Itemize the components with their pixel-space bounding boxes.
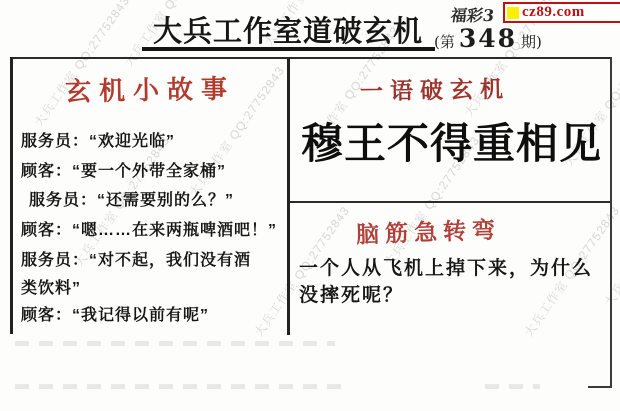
issue-close-paren: 期) (521, 33, 542, 51)
scan-smudge (15, 341, 335, 346)
title-underline (142, 47, 435, 51)
frame-right-border (610, 57, 612, 388)
issue-number: 348 (455, 24, 521, 53)
panel-vertical-divider (287, 58, 290, 335)
riddle-question-line: 没摔死呢？ (299, 280, 404, 307)
right-panel-horizontal-divider (290, 201, 610, 203)
story-line: 服务员：“欢迎光临” (21, 128, 175, 151)
watermark-text: 大兵工作室 QQ:27752843 (30, 0, 133, 130)
story-section-header: 玄机小故事 (65, 69, 236, 109)
frame-left-border (10, 57, 13, 334)
scan-smudge (485, 384, 540, 389)
issue-number-line: (第348期) (434, 24, 542, 53)
riddle-section-header: 脑筋急转弯 (355, 211, 501, 249)
page-title: 大兵工作室道破玄机 (140, 9, 436, 50)
mystery-phrase: 穆王不得重相见 (301, 111, 602, 171)
story-line: 服务员：“还需要别的么？” (29, 187, 234, 210)
tip-sheet-page: 大兵工作室 QQ:27752843 大兵工作室 QQ:27752843 大兵工作… (0, 0, 620, 411)
logo-text: cz89.com (522, 5, 585, 20)
riddle-question-line: 一个人从飞机上掉下来，为什么 (299, 253, 593, 280)
scan-smudge (15, 384, 345, 389)
story-line: 服务员：“对不起，我们没有酒 (21, 247, 251, 270)
frame-bottom-right-corner (588, 386, 612, 388)
story-line: 顾客：“要一个外带全家桶” (21, 158, 226, 181)
story-line: 顾客：“我记得以前有呢” (21, 302, 209, 325)
issue-open-paren: (第 (434, 33, 455, 51)
lottery-type-label: 福彩3 (449, 3, 495, 26)
story-line: 类饮料” (21, 275, 81, 298)
story-line: 顾客：“嗯……在来两瓶啤酒吧！” (21, 217, 277, 240)
cz89-logo: cz89.com (503, 2, 620, 23)
phrase-section-header: 一语破玄机 (360, 71, 511, 107)
logo-yellow-square-icon (507, 7, 519, 19)
frame-top-border (10, 57, 612, 59)
